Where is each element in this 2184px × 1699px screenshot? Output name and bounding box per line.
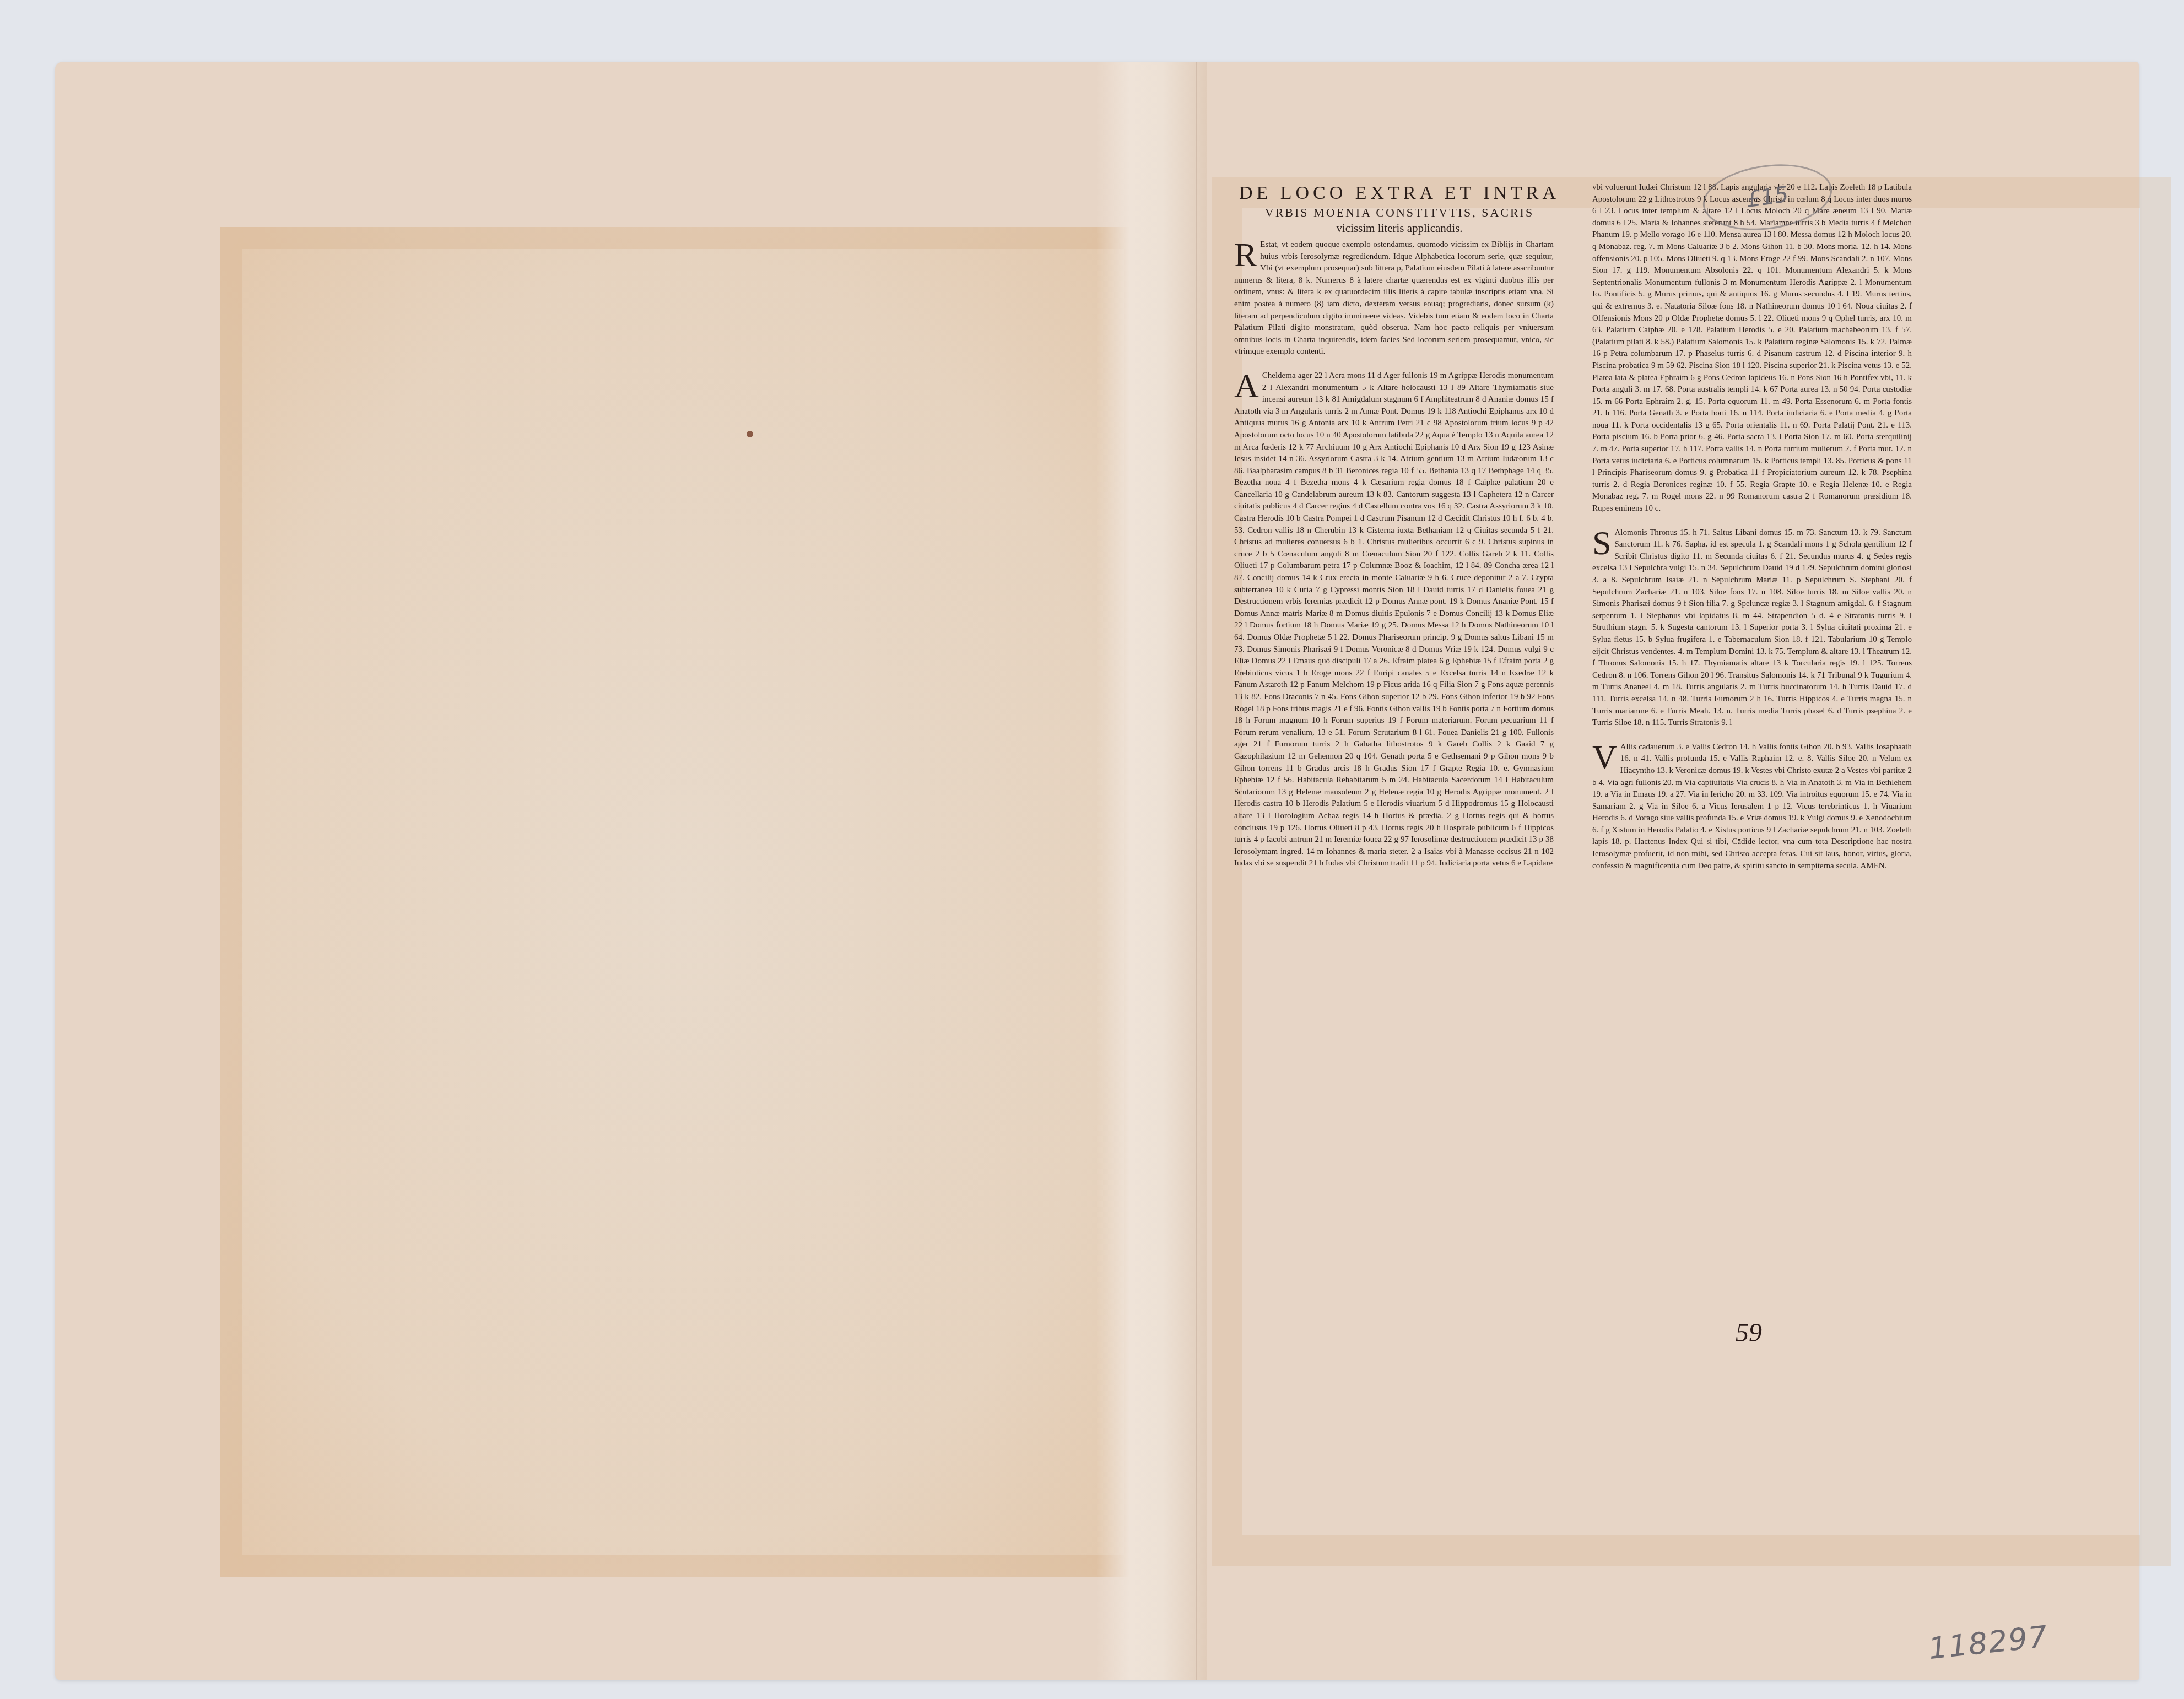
page-number: 59 xyxy=(1736,1318,1762,1348)
index-s-t-text: Alomonis Thronus 15. h 71. Saltus Libani… xyxy=(1592,528,1912,728)
dropcap-s: S xyxy=(1592,528,1611,558)
foxing-spot xyxy=(747,431,753,437)
dropcap-v: V xyxy=(1592,743,1617,772)
text-column-left: DE LOCO EXTRA ET INTRA VRBIS MOENIA CONS… xyxy=(1234,182,1554,882)
dropcap-a: A xyxy=(1234,371,1259,401)
center-fold-crease xyxy=(1196,62,1197,1680)
dropcap-r: R xyxy=(1234,240,1257,270)
intro-paragraph: REstat, vt eodem quoque exemplo ostendam… xyxy=(1234,239,1554,358)
index-a-l-text: Cheldema ager 22 l Acra mons 11 d Ager f… xyxy=(1234,371,1554,868)
left-page-stain xyxy=(220,227,1146,1577)
index-section-l-r: vbi voluerunt Iudæi Christum 12 l 88. La… xyxy=(1592,182,1912,515)
index-section-v-z: VAllis cadauerum 3. e Vallis Cedron 14. … xyxy=(1592,742,1912,873)
index-v-z-text: Allis cadauerum 3. e Vallis Cedron 14. h… xyxy=(1592,743,1912,870)
index-section-s-t: SAlomonis Thronus 15. h 71. Saltus Liban… xyxy=(1592,527,1912,729)
heading-line-2: VRBIS MOENIA CONSTITVTIS, SACRIS xyxy=(1234,205,1565,220)
index-section-a-l: ACheldema ager 22 l Acra mons 11 d Ager … xyxy=(1234,370,1554,870)
intro-text: Estat, vt eodem quoque exemplo ostendamu… xyxy=(1234,240,1554,356)
heading-line-3: vicissim literis applicandis. xyxy=(1234,220,1565,236)
index-l-r-text: vbi voluerunt Iudæi Christum 12 l 88. La… xyxy=(1592,183,1912,513)
heading-block: DE LOCO EXTRA ET INTRA VRBIS MOENIA CONS… xyxy=(1234,182,1565,236)
text-column-right: vbi voluerunt Iudæi Christum 12 l 88. La… xyxy=(1592,182,1912,884)
heading-line-1: DE LOCO EXTRA ET INTRA xyxy=(1234,182,1565,205)
center-fold xyxy=(1096,62,1207,1680)
